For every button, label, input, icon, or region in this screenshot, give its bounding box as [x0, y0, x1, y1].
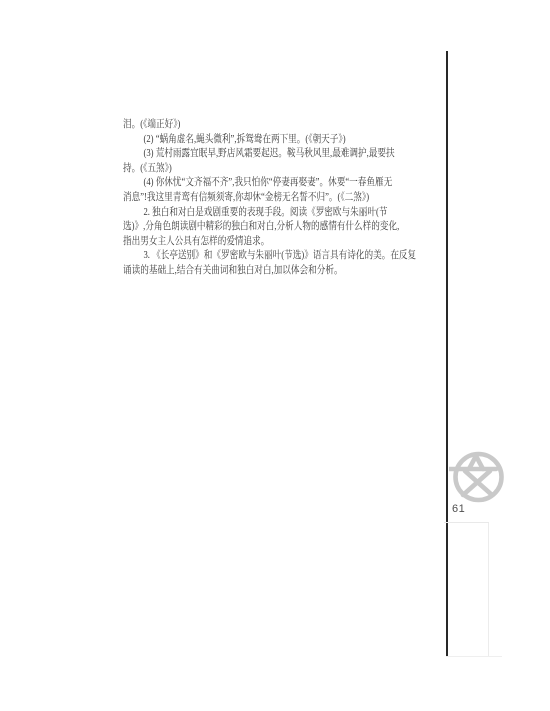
text-line: 指出男女主人公具有怎样的爱情追求。 [123, 235, 416, 250]
page-margin-rule [446, 51, 448, 656]
exercise-text-block: 泪。(《端正好》) (2) “蜗角虚名,蝇头微利”,拆鸳鸯在两下里。(《朝天子》… [123, 118, 481, 279]
scan-edge-horizontal [446, 656, 502, 657]
wen-character-circle-logo-icon [449, 450, 509, 506]
text-line: 持。(《五煞》) [123, 162, 416, 177]
text-line: (2) “蜗角虚名,蝇头微利”,拆鸳鸯在两下里。(《朝天子》) [123, 133, 416, 148]
text-line: 诵读的基础上,结合有关曲词和独白对白,加以体会和分析。 [123, 264, 416, 279]
text-line: (4) 你休忧“文齐福不齐”,我只怕你“停妻再娶妻”。休要“一春鱼雁无 [123, 176, 416, 191]
scanned-page: 泪。(《端正好》) (2) “蜗角虚名,蝇头微利”,拆鸳鸯在两下里。(《朝天子》… [0, 0, 550, 711]
text-line: 2. 独白和对白是戏剧重要的表现手段。阅读《罗密欧与朱丽叶(节 [123, 206, 416, 221]
scan-edge-horizontal [444, 522, 489, 523]
page-number: 61 [452, 503, 465, 515]
text-line: 选)》,分角色朗读剧中精彩的独白和对白,分析人物的感情有什么样的变化, [123, 220, 416, 235]
text-line: 3. 《长亭送别》和《罗密欧与朱丽叶(节选)》语言具有诗化的美。在反复 [123, 249, 416, 264]
text-line: 泪。(《端正好》) [123, 118, 416, 133]
scan-edge-vertical [488, 522, 489, 657]
text-line: (3) 荒村雨露宜眠早,野店风霜要起迟。鞍马秋风里,最难调护,最要扶 [123, 147, 416, 162]
text-line: 消息”!我这里青鸾有信频须寄,你却休“金榜无名誓不归”。(《二煞》) [123, 191, 416, 206]
